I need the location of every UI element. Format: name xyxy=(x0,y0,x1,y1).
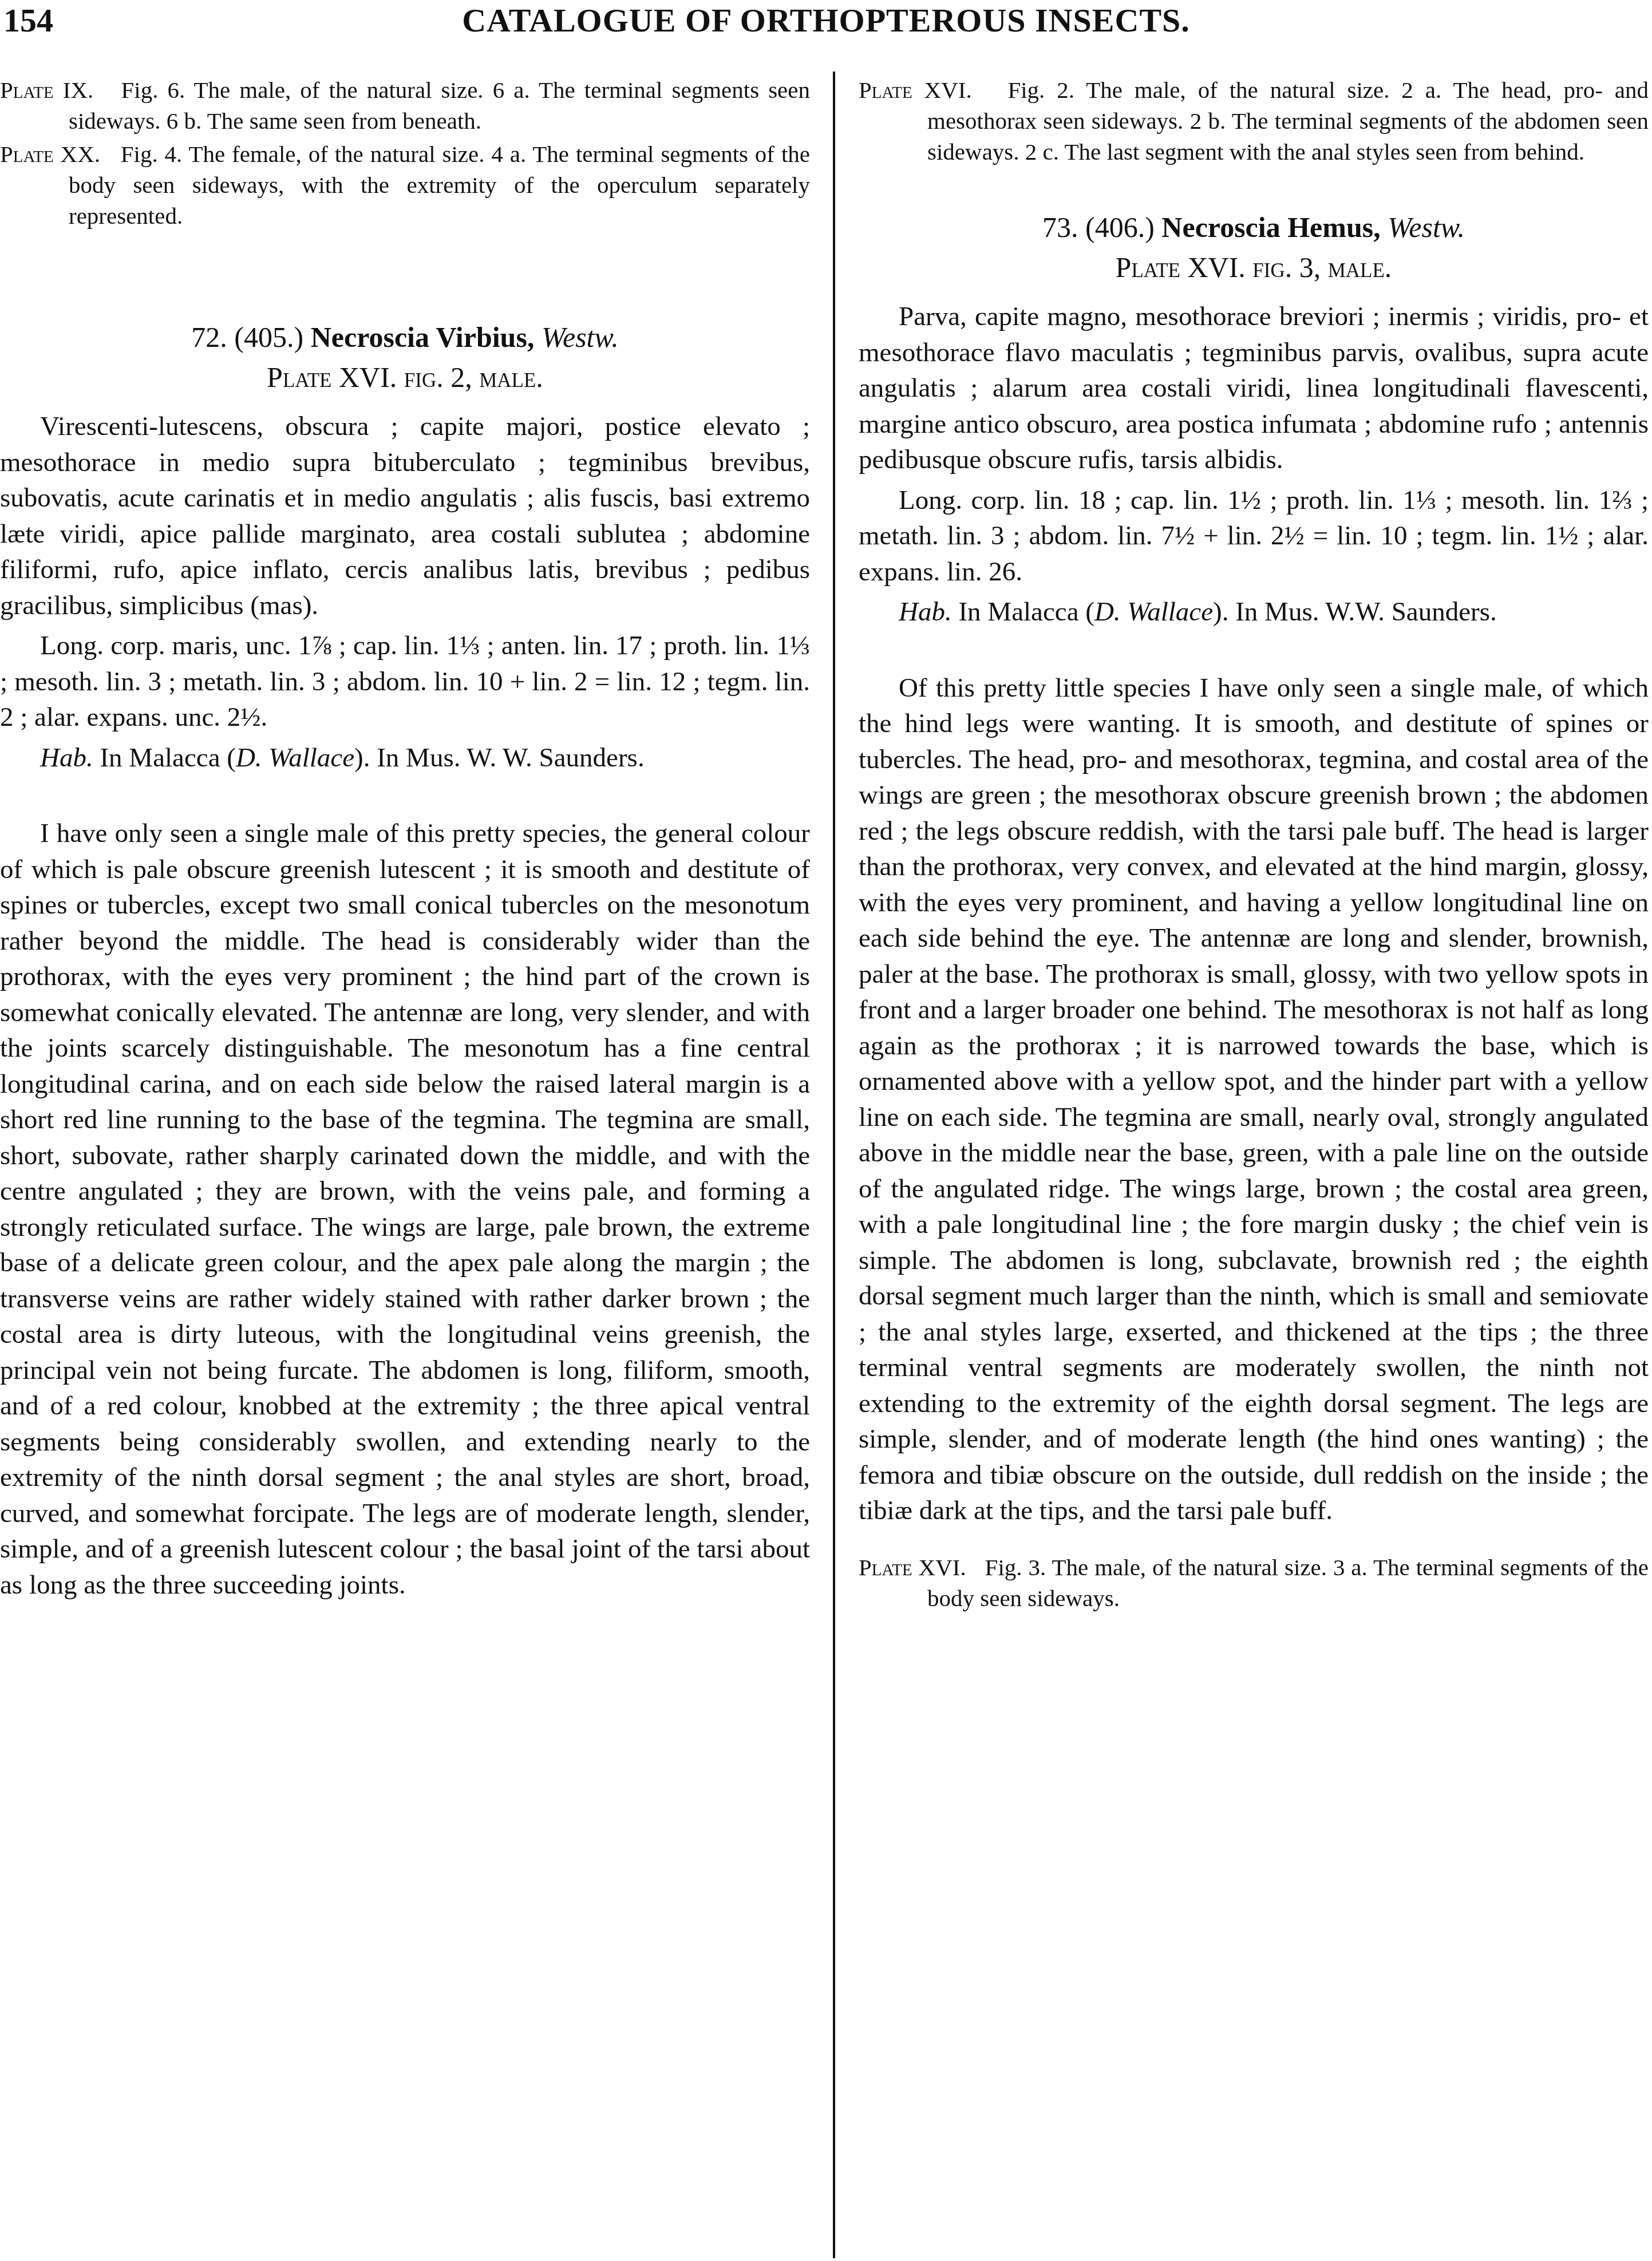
species-number: 73. (406.) xyxy=(1042,211,1155,243)
species-heading: 73. (406.) Necroscia Hemus, Westw. xyxy=(859,207,1649,247)
plate-text: Fig. 4. The female, of the natural size.… xyxy=(69,141,810,229)
hab-label: Hab. xyxy=(899,597,952,627)
species-author: Westw. xyxy=(1388,211,1465,243)
hab-text-2: ). In Mus. W. W. Saunders. xyxy=(354,743,645,773)
habitat: Hab. In Malacca (D. Wallace). In Mus. W.… xyxy=(0,740,810,776)
measurements: Long. corp. maris, unc. 1⅞ ; cap. lin. 1… xyxy=(0,628,810,736)
species-name: Necroscia Hemus, xyxy=(1161,211,1380,243)
page-header: 154 CATALOGUE OF ORTHOPTEROUS INSECTS. xyxy=(0,0,1652,52)
running-title: CATALOGUE OF ORTHOPTEROUS INSECTS. xyxy=(0,1,1652,39)
measurements: Long. corp. lin. 18 ; cap. lin. 1½ ; pro… xyxy=(859,483,1649,590)
hab-text: In Malacca ( xyxy=(100,743,235,773)
left-column: Plate IX. Fig. 6. The male, of the natur… xyxy=(0,74,810,1603)
plate-label: Plate XVI. xyxy=(859,1554,966,1580)
species-plate-ref: Plate XVI. fig. 3, male. xyxy=(859,247,1649,287)
latin-description: Virescenti-lutescens, obscura ; capite m… xyxy=(0,409,810,623)
species-heading: 72. (405.) Necroscia Virbius, Westw. xyxy=(0,317,810,357)
species-description: Of this pretty little species I have onl… xyxy=(859,670,1649,1529)
habitat: Hab. In Malacca (D. Wallace). In Mus. W.… xyxy=(859,594,1649,630)
species-name: Necroscia Virbius, xyxy=(311,321,535,353)
plate-text: Fig. 2. The male, of the natural size. 2… xyxy=(927,77,1649,165)
species-author: Westw. xyxy=(542,321,619,353)
right-column: Plate XVI. Fig. 2. The male, of the natu… xyxy=(859,74,1649,1614)
hab-text: In Malacca ( xyxy=(958,597,1094,627)
plate-label: Plate IX. xyxy=(0,77,93,103)
species-number: 72. (405.) xyxy=(191,321,303,353)
species-description: I have only seen a single male of this p… xyxy=(0,816,810,1603)
plate-caption: Plate XVI. Fig. 2. The male, of the natu… xyxy=(859,74,1649,167)
hab-collector: D. Wallace xyxy=(1094,597,1213,627)
column-divider xyxy=(833,72,835,2258)
plate-caption: Plate XVI. Fig. 3. The male, of the natu… xyxy=(859,1552,1649,1614)
hab-text-2: ). In Mus. W.W. Saunders. xyxy=(1213,597,1497,627)
hab-label: Hab. xyxy=(40,743,93,773)
plate-caption: Plate XX. Fig. 4. The female, of the nat… xyxy=(0,139,810,231)
plate-text: Fig. 3. The male, of the natural size. 3… xyxy=(927,1554,1649,1611)
plate-label: Plate XVI. xyxy=(859,77,972,103)
hab-collector: D. Wallace xyxy=(236,743,354,773)
plate-label: Plate XX. xyxy=(0,141,100,167)
species-plate-ref: Plate XVI. fig. 2, male. xyxy=(0,357,810,397)
latin-description: Parva, capite magno, mesothorace brevior… xyxy=(859,299,1649,478)
plate-caption: Plate IX. Fig. 6. The male, of the natur… xyxy=(0,74,810,136)
plate-text: Fig. 6. The male, of the natural size. 6… xyxy=(69,77,810,134)
